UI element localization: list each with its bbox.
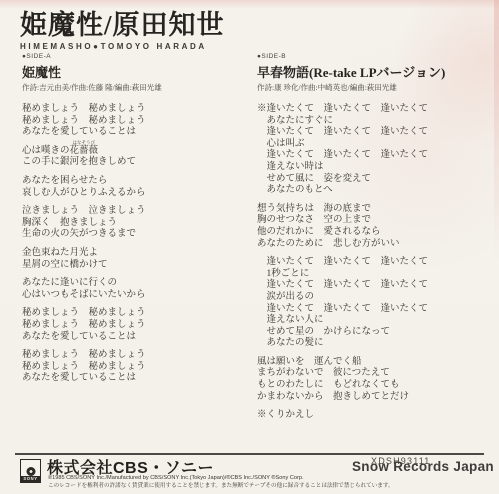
- lyric-line: あなたに逢いに行くの: [22, 278, 250, 290]
- side-a-song-title: 姫魔性: [22, 62, 250, 81]
- lyric-line: あなたを愛していることは: [22, 373, 250, 385]
- record-lyric-sheet: 姫魔性/原田知世 HIMEMASHO●TOMOYO HARADA ●SIDE-A…: [0, 0, 499, 494]
- lyric-line: あなたの髪に: [257, 338, 493, 350]
- lyric-stanza: 風は願いを 運んでく船まちがわないで 彼につたえてもとのわたしに もどれなくても…: [257, 357, 493, 403]
- lyric-line: 秘めましょう 秘めましょう: [22, 320, 250, 332]
- lyric-line: 秘めましょう 秘めましょう: [22, 104, 250, 116]
- lyric-line: 心はいつもそばにいたいから: [22, 290, 250, 302]
- side-b-label: ●SIDE-B: [257, 53, 493, 60]
- lyric-line: まちがわないで 彼につたえて: [257, 368, 493, 380]
- lyric-line: 心は嘆きのはなそうび花薔薇: [22, 146, 250, 158]
- lyric-line: 風は願いを 運んでく船: [257, 357, 493, 369]
- side-a-credits: 作詩:吉元由美/作曲:佐藤 隆/編曲:萩田光雄: [22, 82, 250, 93]
- cbs-eye-icon: [26, 467, 35, 476]
- fineprint-line2: このレコードを権利者の許諾なく賃貸業に使用することを禁じます。また無断でテープそ…: [48, 483, 493, 490]
- paper-edge-tint: [494, 0, 499, 260]
- lyric-line: 泣きましょう 泣きましょう: [22, 206, 250, 218]
- side-b-lyrics: ※逢いたくて 逢いたくて 逢いたくて あなたにすぐに 逢いたくて 逢いたくて 逢…: [257, 104, 493, 422]
- lyric-line: せめて風に 姿を変えて: [257, 174, 493, 186]
- sony-logo-text: SONY: [21, 476, 40, 483]
- lyric-stanza: あなたを困らせたら哀しむ人がひとりふえるから: [22, 176, 250, 199]
- lyric-stanza: 泣きましょう 泣きましょう胸深く 抱きましょう生命の火の矢がつきるまで: [22, 206, 250, 241]
- page-title: 姫魔性/原田知世: [20, 10, 225, 40]
- lyric-line: 涙が出るの: [257, 292, 493, 304]
- lyric-line: あなたのもとへ: [257, 185, 493, 197]
- lyric-line: 逢えない人に: [257, 315, 493, 327]
- cbs-sony-logo: SONY: [20, 459, 41, 483]
- lyric-line: 想う気持ちは 海の底まで: [257, 204, 493, 216]
- lyric-line: 星屑の空に橋かけて: [22, 260, 250, 272]
- lyric-stanza: 逢いたくて 逢いたくて 逢いたくて 1秒ごとに 逢いたくて 逢いたくて 逢いたく…: [257, 257, 493, 350]
- side-a-lyrics: 秘めましょう 秘めましょう秘めましょう 秘めましょうあなたを愛していることは心は…: [22, 104, 250, 385]
- lyric-stanza: 想う気持ちは 海の底まで胸のせつなさ 空の上まで他のだれかに 愛されるならあなた…: [257, 204, 493, 250]
- lyric-line: 秘めましょう 秘めましょう: [22, 308, 250, 320]
- lyric-line: あなたにすぐに: [257, 116, 493, 128]
- lyric-stanza: 金色束ねた月光よ星屑の空に橋かけて: [22, 248, 250, 271]
- header: 姫魔性/原田知世 HIMEMASHO●TOMOYO HARADA: [20, 10, 225, 51]
- lyric-line: 逢いたくて 逢いたくて 逢いたくて: [257, 304, 493, 316]
- ruby-word: はなそうび花薔薇: [70, 146, 99, 158]
- lyric-line: 逢いたくて 逢いたくて 逢いたくて: [257, 257, 493, 269]
- lyric-line: この手に銀河を抱きしめて: [22, 157, 250, 169]
- lyric-line: 生命の火の矢がつきるまで: [22, 229, 250, 241]
- lyric-stanza: 秘めましょう 秘めましょう秘めましょう 秘めましょうあなたを愛していることは: [22, 350, 250, 385]
- lyric-line: 金色束ねた月光よ: [22, 248, 250, 260]
- side-b-song-title: 早春物語(Re-take LPバージョン): [257, 62, 493, 81]
- fineprint-line1: ℗1985 CBS/SONY Inc./Manufactured by CBS/…: [48, 475, 488, 482]
- lyric-stanza: 秘めましょう 秘めましょう秘めましょう 秘めましょうあなたを愛していることは: [22, 104, 250, 139]
- seller-watermark: Snow Records Japan: [352, 459, 494, 474]
- lyric-line: 秘めましょう 秘めましょう: [22, 116, 250, 128]
- lyric-line: あなたのために 悲しむ方がいい: [257, 239, 493, 251]
- lyric-line: 逢いたくて 逢いたくて 逢いたくて: [257, 127, 493, 139]
- lyric-line: かまわないから 抱きしめてとだけ: [257, 392, 493, 404]
- lyric-line: 逢えない時は: [257, 162, 493, 174]
- side-b-credits: 作詩:康 珍化/作曲:中崎英也/編曲:萩田光雄: [257, 82, 493, 93]
- lyric-line: あなたを困らせたら: [22, 176, 250, 188]
- lyric-line: あなたを愛していることは: [22, 332, 250, 344]
- lyric-line: 秘めましょう 秘めましょう: [22, 362, 250, 374]
- side-a-section: ●SIDE-A 姫魔性 作詩:吉元由美/作曲:佐藤 隆/編曲:萩田光雄 秘めまし…: [22, 53, 250, 392]
- lyric-line: せめて星の かけらになって: [257, 327, 493, 339]
- lyric-line: ※くりかえし: [257, 410, 493, 422]
- lyric-line: 胸深く 抱きましょう: [22, 218, 250, 230]
- lyric-line: 胸のせつなさ 空の上まで: [257, 215, 493, 227]
- lyric-stanza: 心は嘆きのはなそうび花薔薇この手に銀河を抱きしめて: [22, 146, 250, 169]
- lyric-stanza: ※逢いたくて 逢いたくて 逢いたくて あなたにすぐに 逢いたくて 逢いたくて 逢…: [257, 104, 493, 197]
- lyric-line: もとのわたしに もどれなくても: [257, 380, 493, 392]
- lyric-stanza: あなたに逢いに行くの心はいつもそばにいたいから: [22, 278, 250, 301]
- side-a-label: ●SIDE-A: [22, 53, 250, 60]
- lyric-line: 他のだれかに 愛されるなら: [257, 227, 493, 239]
- lyric-stanza: ※くりかえし: [257, 410, 493, 422]
- lyric-line: あなたを愛していることは: [22, 127, 250, 139]
- side-b-section: ●SIDE-B 早春物語(Re-take LPバージョン) 作詩:康 珍化/作曲…: [257, 53, 493, 429]
- lyric-line: 1秒ごとに: [257, 269, 493, 281]
- lyric-line: ※逢いたくて 逢いたくて 逢いたくて: [257, 104, 493, 116]
- lyric-line: 逢いたくて 逢いたくて 逢いたくて: [257, 150, 493, 162]
- lyric-stanza: 秘めましょう 秘めましょう秘めましょう 秘めましょうあなたを愛していることは: [22, 308, 250, 343]
- lyric-line: 秘めましょう 秘めましょう: [22, 350, 250, 362]
- lyric-line: 哀しむ人がひとりふえるから: [22, 188, 250, 200]
- lyric-line: 心は叫ぶ: [257, 139, 493, 151]
- romanized-title: HIMEMASHO●TOMOYO HARADA: [20, 42, 225, 51]
- lyric-line: 逢いたくて 逢いたくて 逢いたくて: [257, 280, 493, 292]
